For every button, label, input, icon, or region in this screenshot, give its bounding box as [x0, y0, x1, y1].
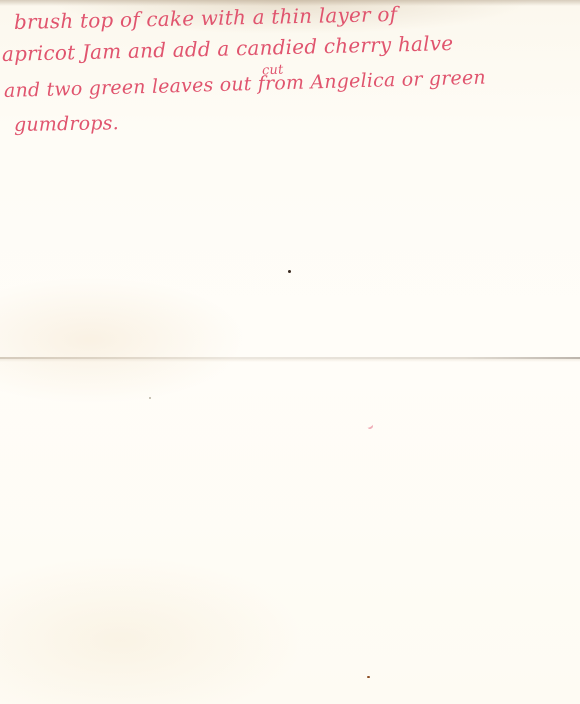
text-line-1: brush top of cake with a thin layer of	[14, 2, 398, 34]
paper-speck	[288, 270, 291, 273]
paper-fold-shadow	[0, 359, 580, 362]
handwritten-page: brush top of cake with a thin layer of a…	[0, 0, 580, 704]
paper-speck	[367, 676, 370, 678]
text-line-4: gumdrops.	[14, 112, 119, 136]
text-line-2: apricot Jam and add a candied cherry hal…	[2, 31, 454, 66]
text-line-3: and two green leaves out from Angelica o…	[4, 67, 486, 102]
paper-speck	[149, 397, 151, 399]
ink-stray-mark	[366, 422, 374, 430]
